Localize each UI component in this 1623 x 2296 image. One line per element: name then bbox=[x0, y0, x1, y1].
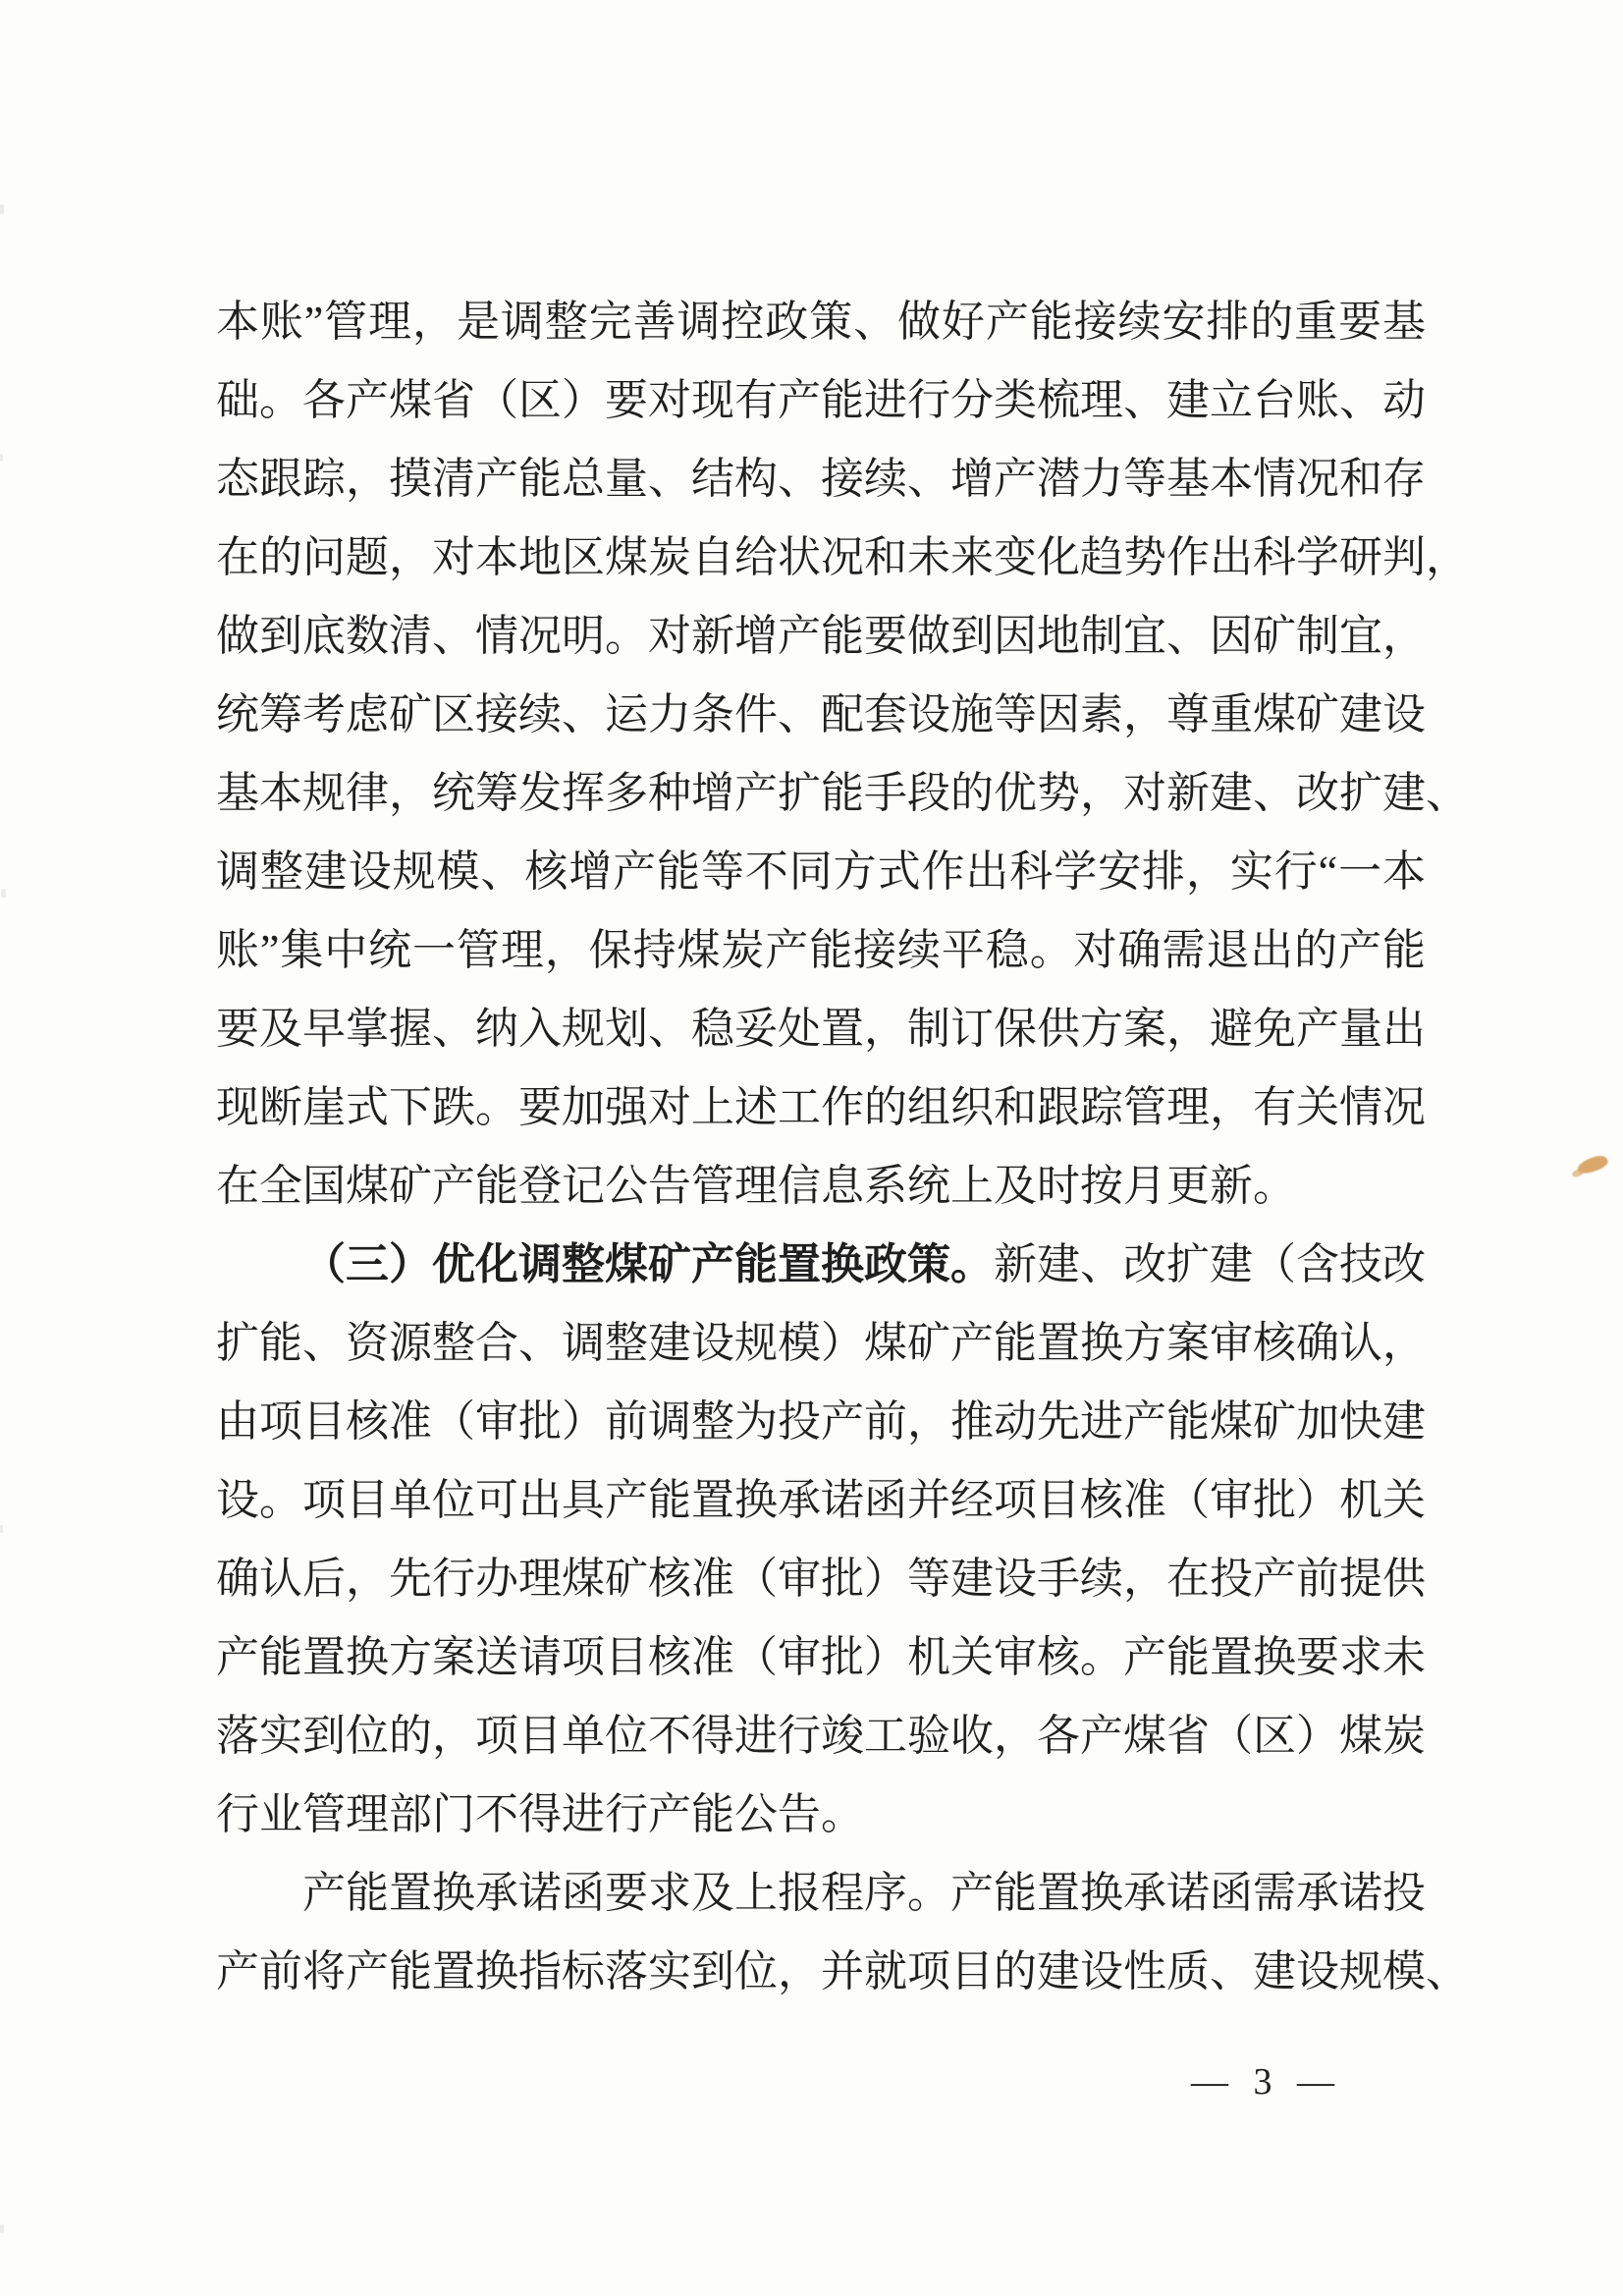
document-line: 调整建设规模、核增产能等不同方式作出科学安排，实行“一本 bbox=[216, 833, 1426, 911]
scan-speck bbox=[0, 454, 3, 462]
document-line: 确认后，先行办理煤矿核准（审批）等建设手续，在投产前提供 bbox=[216, 1540, 1426, 1618]
section-heading: （三）优化调整煤矿产能置换政策。 bbox=[302, 1240, 994, 1288]
document-line: 账”集中统一管理，保持煤炭产能接续平稳。对确需退出的产能 bbox=[216, 911, 1426, 990]
document-line: 由项目核准（审批）前调整为投产前，推动先进产能煤矿加快建 bbox=[216, 1383, 1426, 1461]
document-line: 态跟踪，摸清产能总量、结构、接续、增产潜力等基本情况和存 bbox=[216, 440, 1426, 519]
scan-speck bbox=[0, 204, 4, 214]
document-line: 行业管理部门不得进行产能公告。 bbox=[216, 1776, 1426, 1854]
document-line: 产能置换承诺函要求及上报程序。产能置换承诺函需承诺投 bbox=[216, 1854, 1426, 1933]
scan-speck bbox=[0, 2224, 4, 2233]
ink-smudge-mark bbox=[1576, 1153, 1610, 1175]
document-line: 要及早掌握、纳入规划、稳妥处置，制订保供方案，避免产量出 bbox=[216, 990, 1426, 1068]
document-line: 基本规律，统筹发挥多种增产扩能手段的优势，对新建、改扩建、 bbox=[216, 754, 1426, 833]
scan-speck bbox=[1, 889, 6, 898]
document-line: 统筹考虑矿区接续、运力条件、配套设施等因素，尊重煤矿建设 bbox=[216, 676, 1426, 754]
page-number: — 3 — bbox=[1168, 2054, 1365, 2109]
document-line: 在全国煤矿产能登记公告管理信息系统上及时按月更新。 bbox=[216, 1147, 1426, 1226]
document-line: 现断崖式下跌。要加强对上述工作的组织和跟踪管理，有关情况 bbox=[216, 1068, 1426, 1147]
document-line: 落实到位的，项目单位不得进行竣工验收，各产煤省（区）煤炭 bbox=[216, 1697, 1426, 1776]
document-line: 础。各产煤省（区）要对现有产能进行分类梳理、建立台账、动 bbox=[216, 361, 1426, 440]
document-line: 产能置换方案送请项目核准（审批）机关审核。产能置换要求未 bbox=[216, 1618, 1426, 1697]
document-line: 做到底数清、情况明。对新增产能要做到因地制宜、因矿制宜， bbox=[216, 597, 1426, 676]
document-line: 本账”管理，是调整完善调控政策、做好产能接续安排的重要基 bbox=[216, 283, 1426, 361]
document-line: 产前将产能置换指标落实到位，并就项目的建设性质、建设规模、 bbox=[216, 1933, 1426, 2011]
document-page: 本账”管理，是调整完善调控政策、做好产能接续安排的重要基 础。各产煤省（区）要对… bbox=[0, 0, 1623, 2296]
document-line: 在的问题，对本地区煤炭自给状况和未来变化趋势作出科学研判， bbox=[216, 519, 1426, 597]
document-line: （三）优化调整煤矿产能置换政策。新建、改扩建（含技改 bbox=[216, 1226, 1426, 1304]
document-line: 设。项目单位可出具产能置换承诺函并经项目核准（审批）机关 bbox=[216, 1461, 1426, 1540]
line-text: 新建、改扩建（含技改 bbox=[994, 1240, 1426, 1288]
document-line: 扩能、资源整合、调整建设规模）煤矿产能置换方案审核确认， bbox=[216, 1304, 1426, 1383]
scan-speck bbox=[0, 1525, 3, 1533]
document-body: 本账”管理，是调整完善调控政策、做好产能接续安排的重要基 础。各产煤省（区）要对… bbox=[216, 283, 1426, 2011]
